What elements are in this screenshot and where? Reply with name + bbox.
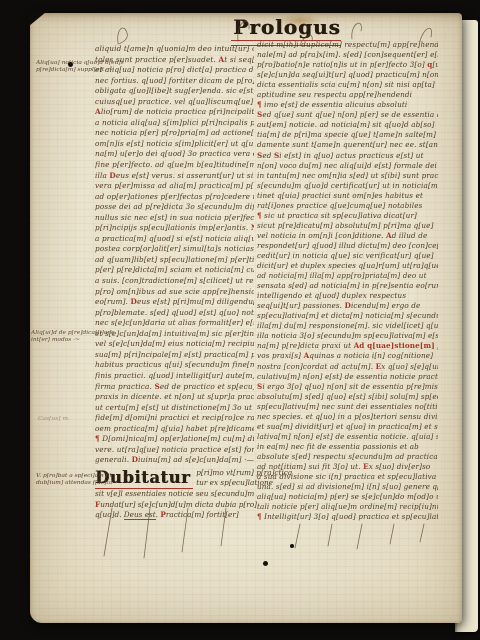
- manuscript-text-line: Sed q[ue] sunt q[ue] n[on] p[er] se de e…: [257, 110, 438, 120]
- manuscript-text-line: na[m] u[er]o dei q[uod] 3o practica vera…: [95, 149, 254, 160]
- manuscript-text-line: ¶ imo e[st] de essentia alicuius absolut…: [257, 100, 438, 110]
- manuscript-text-line: et sua[m] dividit[ur] et q[uo] in practi…: [257, 422, 438, 432]
- rubricated-text: E: [376, 362, 382, 371]
- rubricated-text: q: [427, 60, 432, 69]
- manuscript-text-line: rat[i]ones practice q[ue]cumq[ue] notabi…: [257, 201, 438, 211]
- marginal-note: V. p[ro]bat a sp[eci]am fitdub[ium] atte…: [36, 473, 112, 488]
- manuscript-text-line: dicit m[ih]i duplice[m] respectu[m] app[…: [257, 40, 438, 50]
- rubricated-text: A: [386, 231, 392, 240]
- manuscript-text-line: sp[ecu]lativa[m] et dicta[m] noticia[m] …: [257, 311, 438, 321]
- manuscript-text-line: obligata q[uo]l[ibe]t sug[er]enda. sic e…: [95, 86, 254, 97]
- manuscript-text-line: Si ergo 3[o] q[uo] n[on] sit de essentia…: [257, 382, 438, 392]
- rubricated-text: D: [132, 455, 138, 464]
- manuscript-text-line: Aliq[ua] noticia q[uo]d d[eu]s: [36, 60, 124, 67]
- manuscript-text-line: ut certu[m] e[st] ut distinctione[m] 3o …: [95, 403, 254, 414]
- rubricated-text: F: [95, 500, 100, 509]
- manuscript-text-line: seq[ui]t[ur] passiones. Dicendu[m] ergo …: [257, 301, 438, 311]
- manuscript-text-line: vere. ut[ra]q[ue] noticia practice e[st]…: [95, 445, 254, 456]
- rubricated-text: S: [257, 151, 262, 160]
- manuscript-text-line: sp[ecu]lativu[m] nec sunt dei essentiale…: [257, 402, 438, 412]
- manuscript-page: Prologus aliquid t[ame]n q[uonia]m deo i…: [30, 13, 462, 623]
- manuscript-text-line: damente sunt t[ame]n querent[ur] nec ee.…: [257, 140, 438, 150]
- manuscript-text-line: vel noticia in om[n]i [con]ditione. Ad i…: [257, 231, 438, 241]
- wormhole-dot: [290, 544, 294, 548]
- rubricated-text: A: [218, 55, 224, 64]
- manuscript-text-line: ad noticia[m] illa[m] app[ro]priata[m] d…: [257, 271, 438, 281]
- manuscript-text-line: p[ro]blemate. s[ed] q[uod] e[st] q[uo] n…: [95, 308, 254, 319]
- manuscript-text-line: cedit[ur] in noticia q[ue] sic verificat…: [257, 251, 438, 261]
- manuscript-text-line: et s[e]c[un]da[m] intuitiva[m] sic p[er]…: [95, 329, 254, 340]
- manuscript-text-line: p[ri]ncipijs sp[ecu]lationis imp[er]anti…: [95, 223, 254, 234]
- manuscript-text-line: nale[m] ad p[ra]x[im]. s[ed] [con]sequen…: [257, 50, 438, 60]
- rubricated-text: E: [363, 462, 369, 471]
- manuscript-text-line: ad q[uam]lib[et] sp[ecu]latione[m] p[er]…: [95, 255, 254, 266]
- manuscript-text-line: n[on] voco du[m] nec aliq[ui]d e[st] for…: [257, 161, 438, 171]
- manuscript-text-line: p[er] p[re]dicta[m] sciam et noticia[m] …: [95, 265, 254, 276]
- manuscript-text-line: p[ri]mo vt[rum] p[ra]ctica: [196, 468, 292, 478]
- manuscript-text-line: tali noticie p[er] aliq[ue]m ordine[m] r…: [257, 502, 438, 512]
- manuscript-text-line: illa Deus e[st] verus. si asserunt[ur] u…: [95, 171, 254, 182]
- manuscript-text-line: eo[rum]. Deus e[st] p[ri]mu[m] diligendu…: [95, 297, 254, 308]
- rubricated-text: Ad q[uae]stione[m]: [354, 341, 435, 350]
- manuscript-text-line: a noticia aliq[ua] s[im]plici p[ri]ncipa…: [95, 118, 254, 129]
- manuscript-text-line: fine p[er]fecto. ad q[ue]m b[ea]titudine…: [95, 160, 254, 171]
- manuscript-text-line: sensata s[ed] ad noticia[m] in p[re]sent…: [257, 281, 438, 291]
- marginal-note: Aliq[ui]d de p[re]dicat[i]oneint[er] mod…: [31, 330, 115, 345]
- wormhole-dot: [68, 62, 73, 67]
- manuscript-text-line: s[e]c[un]da seq[ui]t[ur] q[uod] practicu…: [257, 70, 438, 80]
- manuscript-text-line: intelligendo et q[uod] duplex respectus: [257, 291, 438, 301]
- marginal-note: Aliq[ua] noticia q[uo]d d[eu]sp[re]dicta…: [36, 60, 124, 75]
- dubitatur-section: Dubitatur p[ri]mo vt[rum] p[ra]cticatur …: [95, 467, 257, 521]
- manuscript-text-line: dub[ium] attendas f[ac]ta: [36, 480, 112, 487]
- manuscript-text-line: nec fortius. q[uod] fortiter dicam de p[…: [95, 76, 254, 87]
- manuscript-text-line: Cas[us] m.: [38, 416, 70, 423]
- manuscript-text-line: nostra [con]cordat ad actu[m]. Ex q[uo] …: [257, 362, 438, 372]
- manuscript-text-line: ¶ sic ut practica sit sp[ecu]lativa dica…: [257, 211, 438, 221]
- rubricated-text: A: [304, 351, 310, 360]
- manuscript-text-line: posse dei ad p[re]dicta 3o s[ecundu]m di…: [95, 202, 254, 213]
- manuscript-text-line: int[er] modos ·~: [31, 337, 115, 344]
- rubricated-text: S: [257, 110, 262, 119]
- manuscript-text-line: illa noticia 3[o] s[ecundu]m sp[ecu]lati…: [257, 331, 438, 341]
- dubitatur-side-text: p[ri]mo vt[rum] p[ra]cticatur ex sp[ecu]…: [196, 467, 292, 488]
- rubricated-text: P: [160, 510, 166, 519]
- manuscript-text-line: finis practici. q[uod] intelligit[ur] au…: [95, 371, 254, 382]
- manuscript-text-line: dicit[ur] et duplex species q[ua]r[um] u…: [257, 261, 438, 271]
- manuscript-text-line: nec noticia p[er] p[ro]pria[m] ad action…: [95, 128, 254, 139]
- wormhole-dot: [263, 561, 268, 566]
- manuscript-text-line: firma practica. Sed de practico et sp[ec…: [95, 382, 254, 393]
- page-heading: Prologus: [226, 15, 348, 39]
- text-column-right: dicit m[ih]i duplice[m] respectu[m] app[…: [257, 40, 438, 522]
- manuscript-text-line: praxis in dicente. et n[on] ut s[upr]a p…: [95, 392, 254, 403]
- manuscript-photo: Prologus aliquid t[ame]n q[uonia]m deo i…: [0, 0, 480, 640]
- manuscript-text-line: tia[m] de p[ri]ma specie q[ue] t[ame]n s…: [257, 130, 438, 140]
- manuscript-text-line: respondet[ur] q[uod] illud dictu[m] deo …: [257, 241, 438, 251]
- manuscript-text-line: s[ecundu]m q[uo]d certificat[ur] ut in n…: [257, 181, 438, 191]
- rubricated-text: S: [257, 382, 262, 391]
- manuscript-text-line: om[n]is e[st] noticia s[im]plicit[er] ut…: [95, 139, 254, 150]
- manuscript-text-line: aliquid t[ame]n q[uonia]m deo intuit[ur]…: [95, 44, 254, 55]
- manuscript-text-line: fide[m] d[omi]ni practici et recip[ro]ce…: [95, 413, 254, 424]
- manuscript-text-line: dicta essentialis scia cu[m] n[on] sit n…: [257, 80, 438, 90]
- manuscript-text-line: in ea[m] nec fit de essentia passionis e…: [257, 442, 438, 452]
- manuscript-text-line: Alio[rum] de noticia practica p[ri]ncipa…: [95, 107, 254, 118]
- manuscript-text-line: illa[m] du[m] responsione[m]. sic videl[…: [257, 321, 438, 331]
- rubricated-text: D: [131, 297, 137, 306]
- manuscript-text-line: culativu[m] n[on] e[st] de essentia noti…: [257, 372, 438, 382]
- manuscript-text-line: absolute s[ed] respectu s[ecundu]m ad pr…: [257, 452, 438, 462]
- manuscript-text-line: na[m] p[re]dicta praxi ut Ad q[uae]stion…: [257, 341, 438, 351]
- text-column-left: aliquid t[ame]n q[uonia]m deo intuit[ur]…: [95, 44, 254, 466]
- dubitatur-lines: sit v[e]l essentiales noticie seu s[ecun…: [95, 489, 257, 521]
- manuscript-text-line: p[re]dicta[m] suppl[e]t ·~: [36, 67, 124, 74]
- manuscript-text-line: sit v[e]l essentiales noticie seu s[ecun…: [95, 489, 257, 500]
- rubricated-text: S: [274, 151, 279, 160]
- manuscript-text-line: generali. Diuinu[m] ad s[e]c[un]da[m] ·—…: [95, 455, 254, 466]
- manuscript-text-line: aptitudine seu respectu app[re]hendendi: [257, 90, 438, 100]
- manuscript-text-line: p[ro] om[n]ibus ad sue scie app[re]hensi…: [95, 287, 254, 298]
- manuscript-text-line: habitus practicus q[ui] s[ecundu]m fine[…: [95, 360, 254, 371]
- manuscript-text-line: vel s[e]c[un]da[m] eius noticia[m] recip…: [95, 339, 254, 350]
- rubricated-text: ¶: [257, 211, 262, 220]
- manuscript-text-line: nullus sic nec e[st] in sua noticia p[er…: [95, 213, 254, 224]
- rubricated-text: N: [251, 223, 254, 232]
- manuscript-text-line: V. p[ro]bat a sp[eci]am fit: [36, 473, 112, 480]
- manuscript-text-line: tur ex sp[ecu]latione: [196, 478, 292, 488]
- manuscript-text-line: ¶ D[omi]nica[m] op[er]atione[m] cu[m] di…: [95, 434, 254, 445]
- manuscript-text-line: sicut p[re]dicatu[m] absolutu[m] p[ri]ma…: [257, 221, 438, 231]
- manuscript-text-line: sua[m] p[ri]ncipale[m] e[st] practica[m]…: [95, 350, 254, 361]
- rubricated-text: S: [154, 382, 159, 391]
- manuscript-text-line: p[ro]batio[n]e ratio[n]is ut in p[er]fec…: [257, 60, 438, 70]
- manuscript-text-line: aut[em] noticie. ad noticia[m] sit q[uo]…: [257, 120, 438, 130]
- manuscript-text-line: nec species. et q[uo] in a p[os]teriori …: [257, 412, 438, 422]
- manuscript-text-line: oem practica[m] q[uia] habet p[re]dicame…: [95, 424, 254, 435]
- rubricated-text: ¶: [95, 434, 100, 443]
- manuscript-text-line: vera p[er]missa ad alia[m] practica[m] p…: [95, 181, 254, 192]
- rubricated-text: D: [109, 171, 115, 180]
- manuscript-text-line: Sed Si e[st] in q[uo] actus practicus e[…: [257, 151, 438, 161]
- manuscript-text-line: absolutu[m] s[ed] q[uo] e[st] s[ibi] sol…: [257, 392, 438, 402]
- manuscript-text-line: a practica[m] q[uod] si e[st] noticia al…: [95, 234, 254, 245]
- marginal-note: Cas[us] m.: [38, 416, 70, 423]
- rubricated-text: ¶: [257, 100, 262, 109]
- rubricated-text: A: [95, 107, 101, 116]
- manuscript-text-line: Fundat[ur] s[e]c[un]d[u]m dicta dubia p[…: [95, 500, 257, 511]
- manuscript-text-line: ad op[er]ationes p[er]fectas p[ro]cedere…: [95, 192, 254, 203]
- manuscript-text-line: ¶ Intelligit[ur] 3[o] q[uod] practica et…: [257, 512, 438, 522]
- red-underlined-text: Deus est: [124, 510, 156, 520]
- manuscript-text-line: Aliq[ui]d de p[re]dicat[i]one: [31, 330, 115, 337]
- manuscript-text-line: aliq[ua] noticia[m] p[er] se s[e]c[un]do…: [257, 492, 438, 502]
- manuscript-text-line: postea corp[or]alit[er] simul[ta]s notic…: [95, 244, 254, 255]
- manuscript-text-line: lativa[m] n[on] e[st] de essentia notici…: [257, 432, 438, 442]
- rubricated-text: D: [345, 301, 351, 310]
- manuscript-text-line: a suis. [con]tradictione[m] s[cilicet] u…: [95, 276, 254, 287]
- rubricated-text: ¶: [257, 512, 262, 521]
- manuscript-text-line: vos praxi[s] Aquinas a noticia i[n] cog[…: [257, 351, 438, 361]
- manuscript-text-line: nec s[e]c[un]daria ut alias formalit[er]…: [95, 318, 254, 329]
- manuscript-text-line: cuiusq[ue] practice. vel q[ua]liscumq[ue…: [95, 97, 254, 108]
- manuscript-text-line: q[uo]d. Deus est. Practica[m] fortit[er]: [95, 510, 257, 521]
- manuscript-text-line: tinet q[uia] practici sunt om[n]es habit…: [257, 191, 438, 201]
- manuscript-text-line: in tantu[m] nec om[n]ia s[ed] ut s[ibi] …: [257, 171, 438, 181]
- page-corner-cut: [29, 12, 46, 26]
